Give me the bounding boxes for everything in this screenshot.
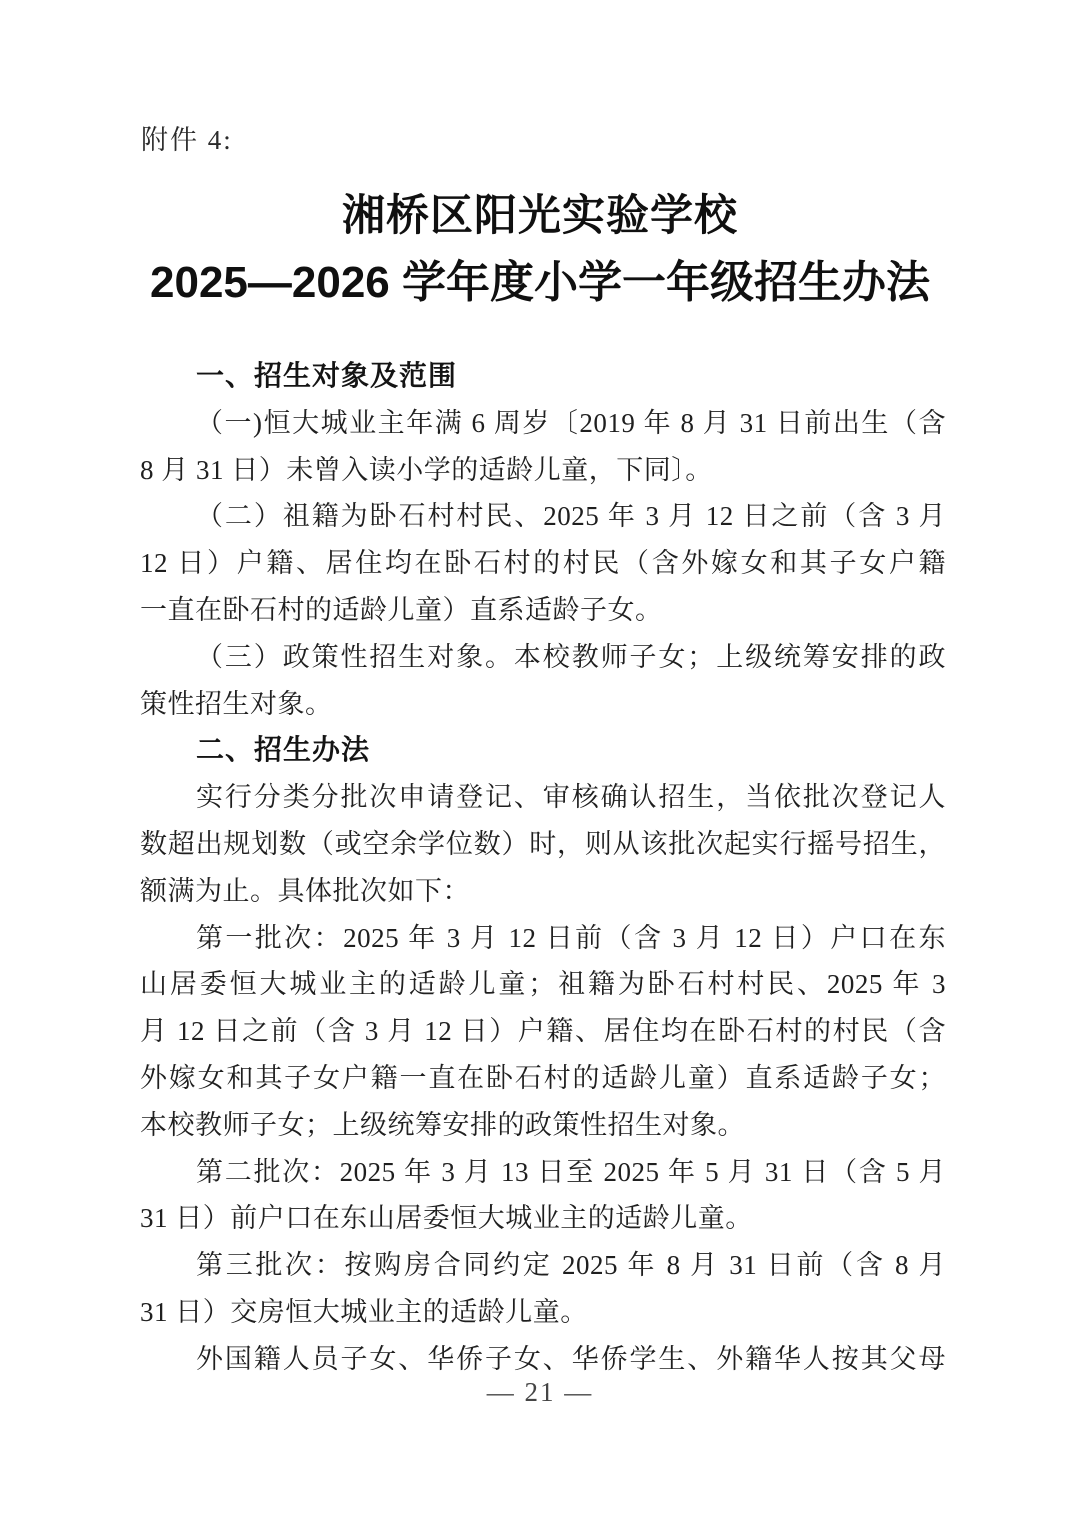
section-heading: 二、招生办法 xyxy=(140,727,946,774)
text-line: 12 日）户籍、居住均在卧石村的村民（含外嫁女和其子女户籍 xyxy=(140,540,946,587)
document-title-school: 湘桥区阳光实验学校 xyxy=(0,182,1080,243)
text-line: 月 12 日之前（含 3 月 12 日）户籍、居住均在卧石村的村民（含 xyxy=(140,1008,946,1055)
section-heading: 一、招生对象及范围 xyxy=(140,353,946,400)
text-line: 额满为止。具体批次如下： xyxy=(140,868,946,915)
text-line: （一)恒大城业主年满 6 周岁〔2019 年 8 月 31 日前出生（含 xyxy=(140,400,946,447)
attachment-label: 附件 4: xyxy=(141,124,233,156)
text-line: 外嫁女和其子女户籍一直在卧石村的适龄儿童）直系适龄子女； xyxy=(140,1055,946,1102)
text-line: 31 日）前户口在东山居委恒大城业主的适龄儿童。 xyxy=(140,1195,946,1242)
text-line: 策性招生对象。 xyxy=(140,681,946,728)
text-line: 本校教师子女；上级统筹安排的政策性招生对象。 xyxy=(140,1102,946,1149)
text-line: 第三批次：按购房合同约定 2025 年 8 月 31 日前（含 8 月 xyxy=(140,1242,946,1289)
document-body: 一、招生对象及范围（一)恒大城业主年满 6 周岁〔2019 年 8 月 31 日… xyxy=(140,353,946,1383)
text-line: 外国籍人员子女、华侨子女、华侨学生、外籍华人按其父母 xyxy=(140,1336,946,1383)
page-number: — 21 — xyxy=(0,1377,1080,1408)
text-line: 实行分类分批次申请登记、审核确认招生，当依批次登记人 xyxy=(140,774,946,821)
document-title-enrollment-plan: 2025—2026 学年度小学一年级招生办法 xyxy=(0,246,1080,310)
text-line: （二）祖籍为卧石村村民、2025 年 3 月 12 日之前（含 3 月 xyxy=(140,493,946,540)
text-line: 山居委恒大城业主的适龄儿童；祖籍为卧石村村民、2025 年 3 xyxy=(140,961,946,1008)
text-line: （三）政策性招生对象。本校教师子女；上级统筹安排的政 xyxy=(140,634,946,681)
text-line: 31 日）交房恒大城业主的适龄儿童。 xyxy=(140,1289,946,1336)
text-line: 第二批次：2025 年 3 月 13 日至 2025 年 5 月 31 日（含 … xyxy=(140,1149,946,1196)
text-line: 第一批次：2025 年 3 月 12 日前（含 3 月 12 日）户口在东 xyxy=(140,915,946,962)
text-line: 8 月 31 日）未曾入读小学的适龄儿童，下同〕。 xyxy=(140,447,946,494)
text-line: 数超出规划数（或空余学位数）时，则从该批次起实行摇号招生， xyxy=(140,821,946,868)
document-page: 附件 4: 湘桥区阳光实验学校 2025—2026 学年度小学一年级招生办法 一… xyxy=(0,0,1080,1526)
text-line: 一直在卧石村的适龄儿童）直系适龄子女。 xyxy=(140,587,946,634)
